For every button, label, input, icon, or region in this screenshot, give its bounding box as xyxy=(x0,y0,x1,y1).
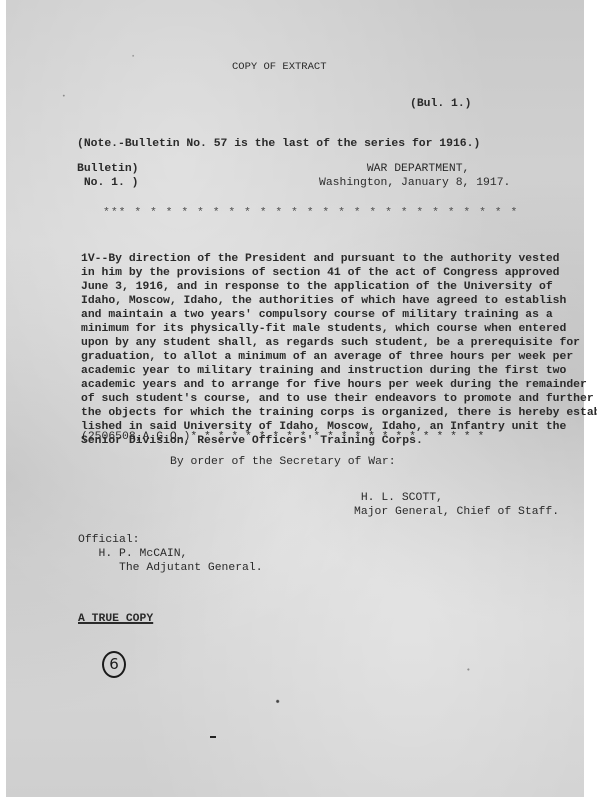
body-line: academic years and to arrange for five h… xyxy=(81,378,571,392)
ink-speck xyxy=(210,736,216,738)
body-line: and maintain a two years' compulsory cou… xyxy=(81,308,571,322)
body-line: 1V--By direction of the President and pu… xyxy=(81,252,571,266)
bulletin-number: Bulletin) No. 1. ) xyxy=(77,162,139,190)
official-block: Official: H. P. McCAIN, The Adjutant Gen… xyxy=(78,533,263,575)
scanned-document-page: COPY OF EXTRACT (Bul. 1.) (Note.-Bulleti… xyxy=(6,0,584,797)
document-title: COPY OF EXTRACT xyxy=(232,60,327,74)
body-line: June 3, 1916, and in response to the app… xyxy=(81,280,571,294)
department-dateline: WAR DEPARTMENT, Washington, January 8, 1… xyxy=(319,162,510,190)
true-copy-certification: A TRUE COPY xyxy=(78,612,153,626)
body-line: the objects for which the training corps… xyxy=(81,406,571,420)
body-line: Idaho, Moscow, Idaho, the authorities of… xyxy=(81,294,571,308)
order-line: By order of the Secretary of War: xyxy=(170,455,396,469)
body-line: minimum for its physically-fit male stud… xyxy=(81,322,571,336)
asterisk-separator: *** * * * * * * * * * * * * * * * * * * … xyxy=(103,206,518,220)
bulletin-body: 1V--By direction of the President and pu… xyxy=(81,252,571,448)
body-line: academic year to military training and i… xyxy=(81,364,571,378)
series-note: (Note.-Bulletin No. 57 is the last of th… xyxy=(77,137,480,151)
body-line: graduation, to allot a minimum of an ave… xyxy=(81,350,571,364)
body-line: in him by the provisions of section 41 o… xyxy=(81,266,571,280)
body-line: upon by any student shall, as regards su… xyxy=(81,336,571,350)
bulletin-reference: (Bul. 1.) xyxy=(410,97,472,111)
circled-page-number: 6 xyxy=(102,651,126,678)
file-reference: (2506508,A.G.O.)* * * * * * * * * * * * … xyxy=(81,430,484,444)
body-line: of such student's course, and to use the… xyxy=(81,392,571,406)
signature-block: H. L. SCOTT, Major General, Chief of Sta… xyxy=(354,491,559,519)
